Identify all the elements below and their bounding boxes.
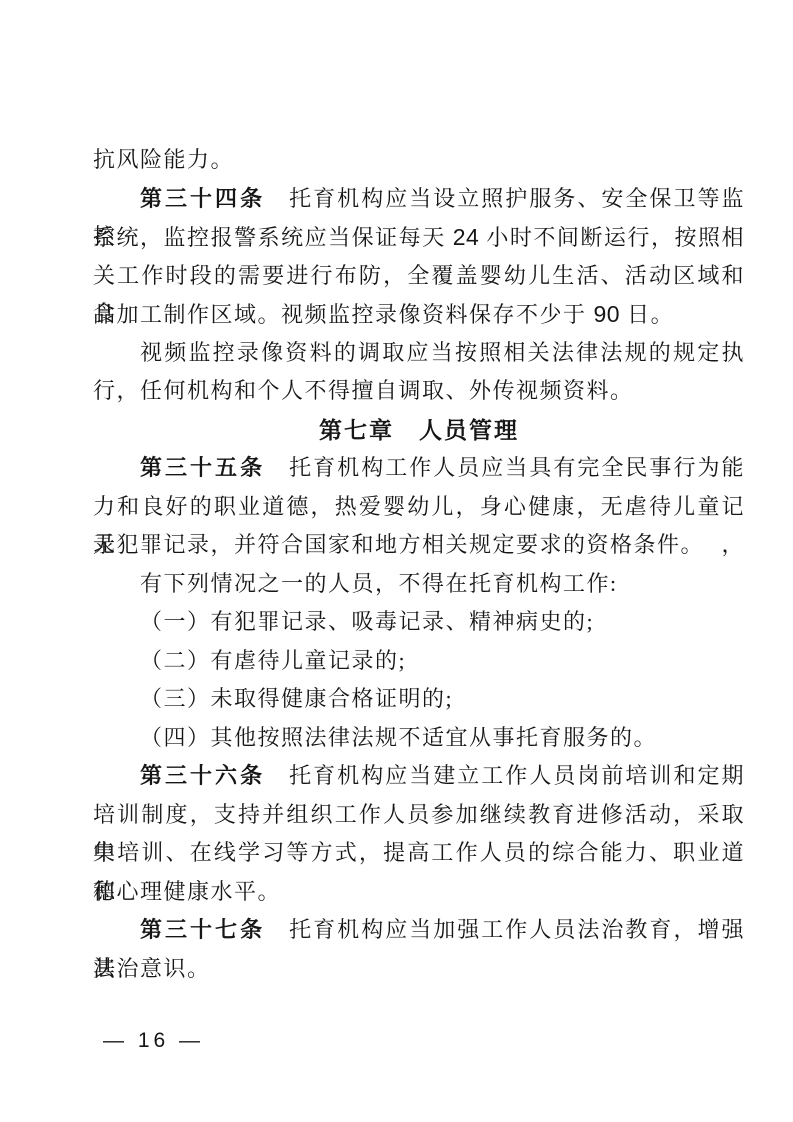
page-number: — 16 — — [103, 1026, 204, 1056]
document-page: 抗风险能力。第三十四条 托育机构应当设立照护服务、安全保卫等监控系统，监控报警系… — [0, 0, 793, 1122]
article-number: 第三十六条 — [140, 763, 265, 788]
body-text: 品加工制作区域。视频监控录像资料保存不少于 — [93, 302, 594, 327]
article-number: 第三十五条 — [140, 455, 265, 480]
body-text: 有下列情况之一的人员，不得在托育机构工作: — [140, 571, 618, 596]
body-text: 托育机构应当建立工作人员岗前培训和定期 — [265, 763, 745, 788]
body-text: 法治意识。 — [93, 956, 211, 981]
article-start-line: 第三十六条 托育机构应当建立工作人员岗前培训和定期 — [93, 757, 745, 796]
body-text: 和心理健康水平。 — [93, 879, 281, 904]
body-text: 系统，监控报警系统应当保证每天 — [93, 225, 453, 250]
article-start-line: 第三十四条 托育机构应当设立照护服务、安全保卫等监控 — [93, 180, 745, 219]
text-line: 有下列情况之一的人员，不得在托育机构工作: — [93, 565, 745, 604]
text-line: 和心理健康水平。 — [93, 873, 745, 912]
text-line: 系统，监控报警系统应当保证每天 24 小时不间断运行，按照相 — [93, 218, 745, 257]
text-line: 中培训、在线学习等方式，提高工作人员的综合能力、职业道德 — [93, 834, 745, 873]
body-text: 日。 — [620, 302, 674, 327]
document-body: 抗风险能力。第三十四条 托育机构应当设立照护服务、安全保卫等监控系统，监控报警系… — [93, 141, 745, 988]
text-line: 视频监控录像资料的调取应当按照相关法律法规的规定执 — [93, 334, 745, 373]
body-text: 抗风险能力。 — [93, 147, 234, 172]
body-text: 小时不间断运行，按照相 — [479, 225, 745, 250]
text-line: 力和良好的职业道德，热爱婴幼儿，身心健康，无虐待儿童记录， — [93, 488, 745, 527]
body-text: （三）未取得健康合格证明的; — [140, 686, 453, 711]
text-line: （一）有犯罪记录、吸毒记录、精神病史的; — [93, 603, 745, 642]
body-text: 托育机构工作人员应当具有完全民事行为能 — [265, 455, 745, 480]
body-text: （二）有虐待儿童记录的; — [140, 648, 406, 673]
article-number: 第三十七条 — [140, 917, 265, 942]
article-start-line: 第三十七条 托育机构应当加强工作人员法治教育，增强其 — [93, 911, 745, 950]
text-line: 法治意识。 — [93, 950, 745, 989]
text-line: 行，任何机构和个人不得擅自调取、外传视频资料。 — [93, 372, 745, 411]
text-line: 无犯罪记录，并符合国家和地方相关规定要求的资格条件。 — [93, 526, 745, 565]
article-number: 第三十四条 — [140, 186, 265, 211]
body-text: （一）有犯罪记录、吸毒记录、精神病史的; — [140, 609, 594, 634]
chapter-heading: 第七章 人员管理 — [93, 411, 745, 450]
text-line: （二）有虐待儿童记录的; — [93, 642, 745, 681]
text-line: （四）其他按照法律法规不适宜从事托育服务的。 — [93, 719, 745, 758]
text-line: 关工作时段的需要进行布防，全覆盖婴幼儿生活、活动区域和食 — [93, 257, 745, 296]
body-text: 无犯罪记录，并符合国家和地方相关规定要求的资格条件。 — [93, 532, 704, 557]
body-text: （四）其他按照法律法规不适宜从事托育服务的。 — [140, 725, 657, 750]
text-line: 抗风险能力。 — [93, 141, 745, 180]
text-line: （三）未取得健康合格证明的; — [93, 680, 745, 719]
body-text: 视频监控录像资料的调取应当按照相关法律法规的规定执 — [140, 340, 745, 365]
numeric-value: 90 — [594, 301, 621, 327]
numeric-value: 24 — [453, 224, 480, 250]
body-text: 行，任何机构和个人不得擅自调取、外传视频资料。 — [93, 378, 634, 403]
text-line: 品加工制作区域。视频监控录像资料保存不少于 90 日。 — [93, 295, 745, 334]
article-start-line: 第三十五条 托育机构工作人员应当具有完全民事行为能 — [93, 449, 745, 488]
chapter-heading-text: 第七章 人员管理 — [319, 417, 519, 443]
text-line: 培训制度，支持并组织工作人员参加继续教育进修活动，采取集 — [93, 796, 745, 835]
